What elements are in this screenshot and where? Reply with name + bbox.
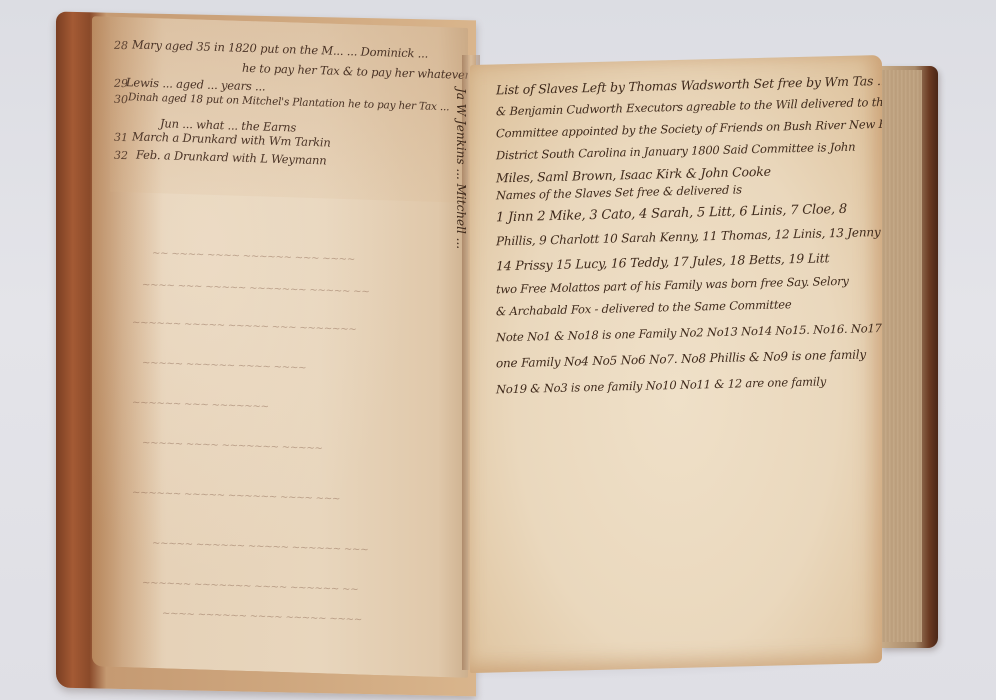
- handwritten-line: No19 & No3 is one family No10 No11 & 12 …: [496, 374, 826, 396]
- handwritten-line: 14 Prissy 15 Lucy, 16 Teddy, 17 Jules, 1…: [496, 250, 829, 273]
- handwritten-line: two Free Molattos part of his Family was…: [496, 274, 849, 297]
- handwritten-line: & Benjamin Cudworth Executors agreable t…: [496, 95, 882, 119]
- right-page: List of Slaves Left by Thomas Wadsworth …: [470, 55, 882, 673]
- handwritten-line: & Archabald Fox - delivered to the Same …: [496, 297, 791, 318]
- right-page-handwriting: List of Slaves Left by Thomas Wadsworth …: [470, 55, 882, 65]
- photo-scene: 28 Mary aged 35 in 1820 put on the M... …: [0, 0, 996, 700]
- handwritten-line: Phillis, 9 Charlott 10 Sarah Kenny, 11 T…: [496, 225, 880, 248]
- page-fore-edge: [882, 70, 922, 642]
- entry-number: 30: [114, 93, 128, 106]
- handwritten-line: Names of the Slaves Set free & delivered…: [496, 182, 742, 202]
- gutter-margin-note: Ja W Jenkins ... Mitchell ...: [454, 88, 468, 249]
- entry-number: 28: [114, 39, 128, 52]
- handwritten-line: Committee appointed by the Society of Fr…: [496, 116, 882, 140]
- handwritten-line: Note No1 & No18 is one Family No2 No13 N…: [496, 320, 882, 344]
- handwritten-line: District South Carolina in January 1800 …: [496, 140, 855, 163]
- handwritten-line: List of Slaves Left by Thomas Wadsworth …: [496, 73, 882, 98]
- left-page: 28 Mary aged 35 in 1820 put on the M... …: [92, 16, 468, 678]
- handwritten-line: 1 Jinn 2 Mike, 3 Cato, 4 Sarah, 5 Litt, …: [496, 202, 847, 226]
- entry-number: 32: [114, 149, 128, 162]
- entry-number: 31: [114, 131, 128, 144]
- handwritten-line: one Family No4 No5 No6 No7. No8 Phillis …: [496, 347, 866, 370]
